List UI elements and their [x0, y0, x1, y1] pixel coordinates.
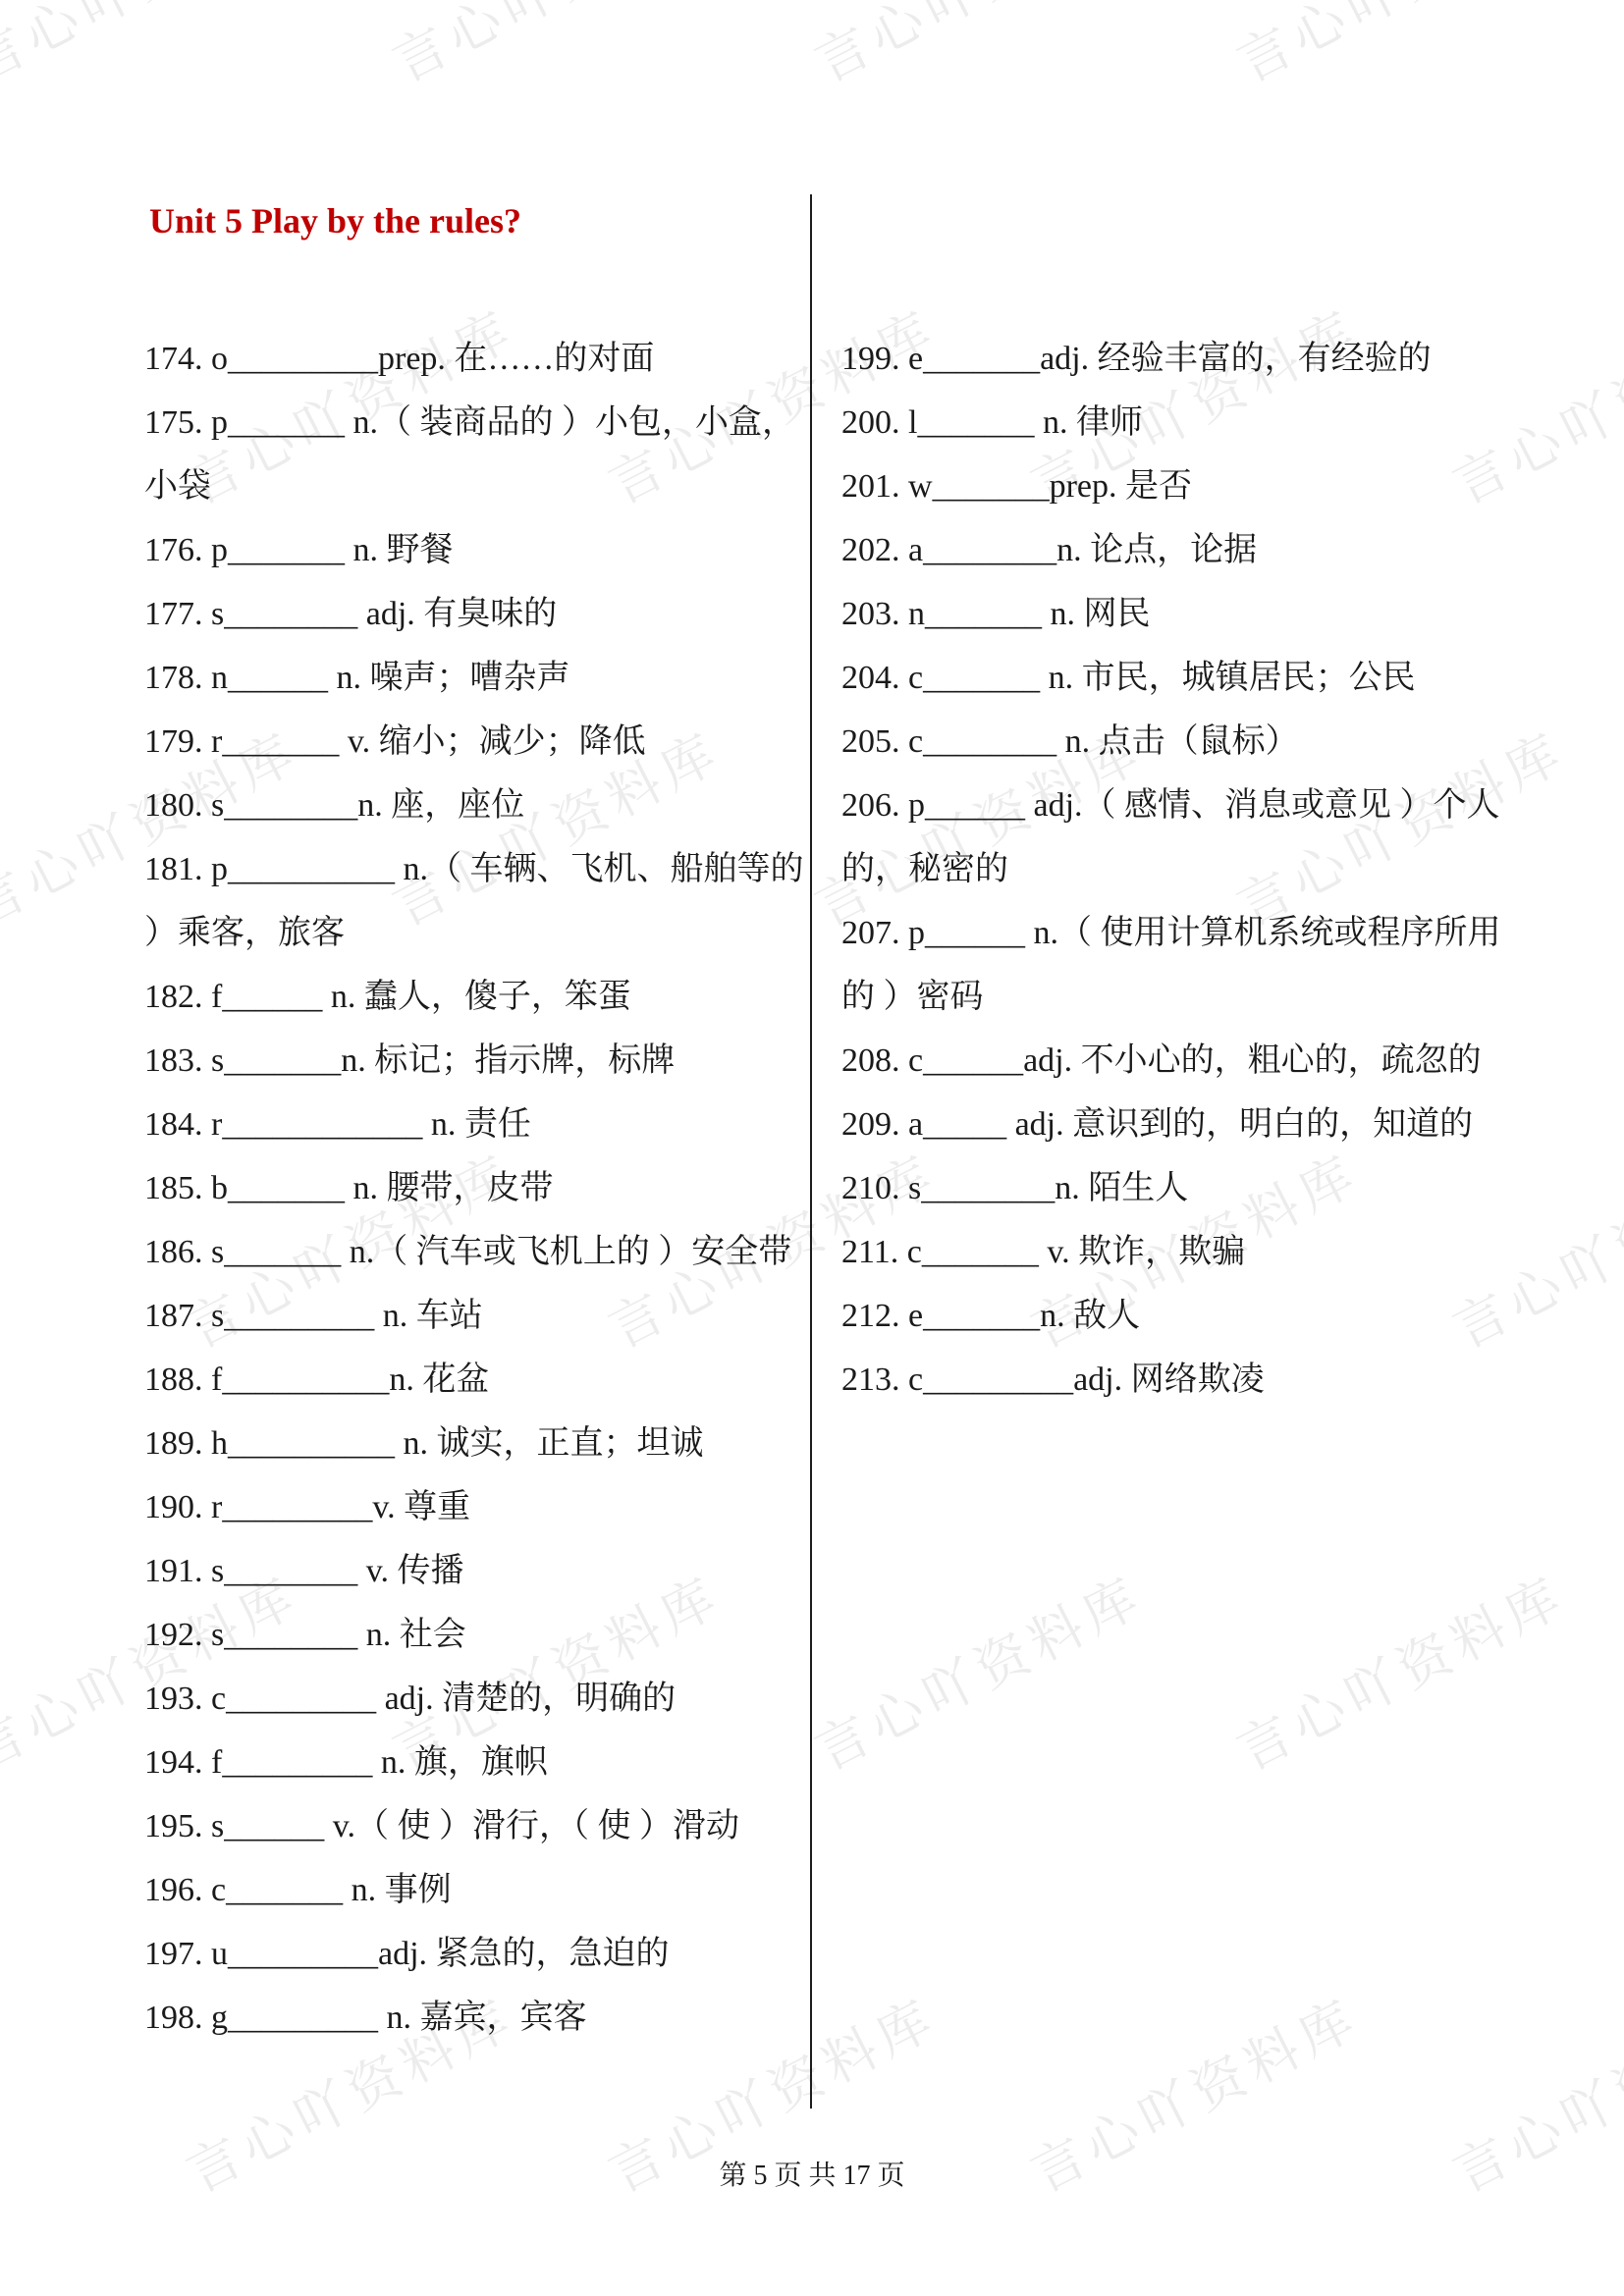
item-definition: n. 嘉宾，宾客	[378, 2000, 587, 2036]
item-definition: n. 腰带，皮带	[345, 1170, 554, 1206]
answer-blank: ______	[222, 979, 322, 1015]
item-number-and-letter: 185. b	[144, 1170, 228, 1206]
answer-blank: _________	[228, 341, 378, 377]
item-definition: adj. 经验丰富的，有经验的	[1040, 341, 1432, 377]
vocab-item: 177. s________ adj. 有臭味的	[144, 582, 804, 646]
answer-blank: ________	[224, 596, 357, 632]
vocab-item: 207. p______ n.（ 使用计算机系统或程序所用的 ）密码	[841, 901, 1501, 1029]
item-definition: adj. 有臭味的	[357, 596, 557, 632]
item-number-and-letter: 206. p	[841, 787, 925, 824]
vocab-item: 201. w_______prep. 是否	[841, 454, 1501, 518]
vocab-item: 186. s_______ n.（ 汽车或飞机上的 ）安全带	[144, 1220, 804, 1284]
item-number-and-letter: 202. a	[841, 532, 923, 568]
item-number-and-letter: 192. s	[144, 1617, 224, 1653]
vocab-item: 190. r_________v. 尊重	[144, 1475, 804, 1539]
vocab-item: 179. r_______ v. 缩小；减少；降低	[144, 710, 804, 774]
item-definition: n. 点击（鼠标）	[1056, 723, 1299, 760]
answer-blank: ________	[921, 1170, 1055, 1206]
vocab-item: 211. c_______ v. 欺诈，欺骗	[841, 1220, 1501, 1284]
item-definition: v. 尊重	[372, 1489, 470, 1525]
answer-blank: _________	[226, 1681, 376, 1717]
vocab-item: 194. f_________ n. 旗，旗帜	[144, 1731, 804, 1794]
vocab-item: 176. p_______ n. 野餐	[144, 518, 804, 582]
answer-blank: ______	[228, 660, 328, 696]
answer-blank: _______	[228, 1170, 345, 1206]
vocab-item: 204. c_______ n. 市民，城镇居民；公民	[841, 646, 1501, 710]
item-definition: n. 标记；指示牌，标牌	[341, 1042, 675, 1079]
item-number-and-letter: 196. c	[144, 1872, 226, 1908]
item-number-and-letter: 197. u	[144, 1936, 228, 1972]
answer-blank: _______	[222, 723, 339, 760]
vocab-item: 174. o_________prep. 在……的对面	[144, 327, 804, 391]
item-number-and-letter: 205. c	[841, 723, 923, 760]
item-number-and-letter: 175. p	[144, 404, 228, 441]
item-number-and-letter: 208. c	[841, 1042, 923, 1079]
item-definition: n. 市民，城镇居民；公民	[1040, 660, 1416, 696]
vocab-item: 203. n_______ n. 网民	[841, 582, 1501, 646]
answer-blank: _________	[222, 1489, 372, 1525]
column-divider	[810, 194, 812, 2109]
item-number-and-letter: 189. h	[144, 1425, 228, 1462]
vocab-item: 189. h__________ n. 诚实，正直；坦诚	[144, 1412, 804, 1475]
item-number-and-letter: 178. n	[144, 660, 228, 696]
answer-blank: ________	[923, 532, 1056, 568]
item-number-and-letter: 176. p	[144, 532, 228, 568]
answer-blank: ________	[923, 723, 1056, 760]
worksheet-page: 言心吖资料库言心吖资料库言心吖资料库言心吖资料库言心吖资料库言心吖资料库言心吖资…	[0, 0, 1624, 2296]
vocab-item: 182. f______ n. 蠢人，傻子，笨蛋	[144, 965, 804, 1029]
item-definition: n. 花盆	[389, 1362, 489, 1398]
vocab-item: 206. p______ adj.（ 感情、消息或意见 ）个人的，秘密的	[841, 774, 1501, 901]
unit-title: Unit 5 Play by the rules?	[149, 199, 521, 242]
answer-blank: _______	[923, 341, 1040, 377]
item-definition: n. 车站	[374, 1298, 483, 1334]
item-definition: v. 缩小；减少；降低	[339, 723, 645, 760]
vocab-item: 181. p__________ n.（ 车辆、飞机、船舶等的 ）乘客，旅客	[144, 837, 804, 965]
page-footer: 第 5 页 共 17 页	[0, 2160, 1624, 2193]
item-number-and-letter: 200. l	[841, 404, 917, 441]
vocab-column-left: 174. o_________prep. 在……的对面175. p_______…	[144, 327, 804, 2050]
vocab-item: 175. p_______ n.（ 装商品的 ）小包，小盒，小袋	[144, 391, 804, 518]
vocab-item: 200. l_______ n. 律师	[841, 391, 1501, 454]
item-definition: n. 论点，论据	[1056, 532, 1257, 568]
vocab-item: 195. s______ v.（ 使 ）滑行，（ 使 ）滑动	[144, 1794, 804, 1858]
answer-blank: _________	[923, 1362, 1073, 1398]
answer-blank: _______	[224, 1234, 341, 1270]
vocab-item: 192. s________ n. 社会	[144, 1603, 804, 1667]
answer-blank: _______	[925, 596, 1042, 632]
answer-blank: __________	[222, 1362, 389, 1398]
answer-blank: __________	[228, 1425, 395, 1462]
answer-blank: ______	[925, 915, 1025, 951]
answer-blank: ________	[224, 1553, 357, 1589]
item-definition: prep. 在……的对面	[378, 341, 654, 377]
item-number-and-letter: 207. p	[841, 915, 925, 951]
vocab-item: 213. c_________adj. 网络欺凌	[841, 1348, 1501, 1412]
answer-blank: _________	[228, 1936, 378, 1972]
vocab-item: 187. s_________ n. 车站	[144, 1284, 804, 1348]
answer-blank: ________	[224, 787, 357, 824]
vocab-item: 198. g_________ n. 嘉宾，宾客	[144, 1986, 804, 2050]
item-definition: n. 敌人	[1040, 1298, 1140, 1334]
item-number-and-letter: 210. s	[841, 1170, 921, 1206]
vocab-item: 185. b_______ n. 腰带，皮带	[144, 1156, 804, 1220]
vocab-item: 191. s________ v. 传播	[144, 1539, 804, 1603]
item-definition: n. 噪声；嘈杂声	[328, 660, 570, 696]
answer-blank: ________	[224, 1617, 357, 1653]
item-number-and-letter: 209. a	[841, 1106, 923, 1143]
item-definition: adj. 网络欺凌	[1073, 1362, 1265, 1398]
vocab-item: 180. s________n. 座，座位	[144, 774, 804, 837]
vocab-item: 199. e_______adj. 经验丰富的，有经验的	[841, 327, 1501, 391]
answer-blank: _____	[923, 1106, 1006, 1143]
item-definition: n. 社会	[357, 1617, 466, 1653]
item-number-and-letter: 180. s	[144, 787, 224, 824]
item-number-and-letter: 187. s	[144, 1298, 224, 1334]
item-definition: n. 责任	[422, 1106, 531, 1143]
item-definition: v.（ 使 ）滑行，（ 使 ）滑动	[324, 1808, 739, 1844]
vocab-item: 209. a_____ adj. 意识到的，明白的，知道的	[841, 1093, 1501, 1156]
item-definition: adj. 意识到的，明白的，知道的	[1006, 1106, 1473, 1143]
vocab-item: 178. n______ n. 噪声；嘈杂声	[144, 646, 804, 710]
vocab-item: 212. e_______n. 敌人	[841, 1284, 1501, 1348]
vocab-item: 196. c_______ n. 事例	[144, 1858, 804, 1922]
item-number-and-letter: 188. f	[144, 1362, 222, 1398]
item-number-and-letter: 179. r	[144, 723, 222, 760]
item-definition: v. 欺诈，欺骗	[1039, 1234, 1245, 1270]
vocab-item: 208. c______adj. 不小心的，粗心的，疏忽的	[841, 1029, 1501, 1093]
page-content: Unit 5 Play by the rules? 174. o________…	[0, 0, 1624, 2296]
answer-blank: _______	[226, 1872, 343, 1908]
item-number-and-letter: 195. s	[144, 1808, 224, 1844]
answer-blank: _________	[228, 2000, 378, 2036]
item-definition: n. 陌生人	[1055, 1170, 1188, 1206]
item-number-and-letter: 190. r	[144, 1489, 222, 1525]
item-number-and-letter: 174. o	[144, 341, 228, 377]
item-definition: n. 网民	[1042, 596, 1151, 632]
item-number-and-letter: 212. e	[841, 1298, 923, 1334]
item-definition: n. 野餐	[345, 532, 454, 568]
answer-blank: _________	[222, 1744, 372, 1781]
vocab-item: 197. u_________adj. 紧急的，急迫的	[144, 1922, 804, 1986]
vocab-item: 188. f__________n. 花盆	[144, 1348, 804, 1412]
item-number-and-letter: 211. c	[841, 1234, 922, 1270]
answer-blank: __________	[228, 851, 395, 887]
item-number-and-letter: 198. g	[144, 2000, 228, 2036]
item-definition: n. 事例	[343, 1872, 452, 1908]
item-definition: adj. 清楚的，明确的	[376, 1681, 676, 1717]
answer-blank: _______	[228, 532, 345, 568]
vocab-item: 205. c________ n. 点击（鼠标）	[841, 710, 1501, 774]
answer-blank: _______	[228, 404, 345, 441]
item-number-and-letter: 191. s	[144, 1553, 224, 1589]
answer-blank: ______	[923, 1042, 1023, 1079]
item-number-and-letter: 183. s	[144, 1042, 224, 1079]
item-number-and-letter: 193. c	[144, 1681, 226, 1717]
item-number-and-letter: 203. n	[841, 596, 925, 632]
answer-blank: _______	[224, 1042, 341, 1079]
item-definition: n. 旗，旗帜	[372, 1744, 548, 1781]
item-definition: adj. 不小心的，粗心的，疏忽的	[1023, 1042, 1482, 1079]
item-number-and-letter: 177. s	[144, 596, 224, 632]
item-number-and-letter: 204. c	[841, 660, 923, 696]
vocab-item: 193. c_________ adj. 清楚的，明确的	[144, 1667, 804, 1731]
answer-blank: _______	[933, 468, 1050, 505]
vocab-item: 210. s________n. 陌生人	[841, 1156, 1501, 1220]
item-definition: adj. 紧急的，急迫的	[378, 1936, 670, 1972]
answer-blank: _______	[917, 404, 1034, 441]
item-number-and-letter: 181. p	[144, 851, 228, 887]
item-definition: n.（ 汽车或飞机上的 ）安全带	[341, 1234, 791, 1270]
item-number-and-letter: 194. f	[144, 1744, 222, 1781]
item-definition: n. 座，座位	[357, 787, 524, 824]
item-definition: n. 律师	[1034, 404, 1143, 441]
answer-blank: _________	[224, 1298, 374, 1334]
answer-blank: _______	[923, 1298, 1040, 1334]
item-definition: n. 诚实，正直；坦诚	[395, 1425, 704, 1462]
item-number-and-letter: 184. r	[144, 1106, 222, 1143]
answer-blank: _______	[923, 660, 1040, 696]
answer-blank: ____________	[222, 1106, 422, 1143]
answer-blank: ______	[224, 1808, 324, 1844]
item-number-and-letter: 199. e	[841, 341, 923, 377]
item-definition: prep. 是否	[1050, 468, 1192, 505]
item-definition: n. 蠢人，傻子，笨蛋	[322, 979, 631, 1015]
item-number-and-letter: 201. w	[841, 468, 933, 505]
item-definition: v. 传播	[357, 1553, 463, 1589]
answer-blank: _______	[922, 1234, 1039, 1270]
item-number-and-letter: 213. c	[841, 1362, 923, 1398]
item-number-and-letter: 182. f	[144, 979, 222, 1015]
vocab-item: 184. r____________ n. 责任	[144, 1093, 804, 1156]
vocab-item: 183. s_______n. 标记；指示牌，标牌	[144, 1029, 804, 1093]
vocab-item: 202. a________n. 论点，论据	[841, 518, 1501, 582]
vocab-column-right: 199. e_______adj. 经验丰富的，有经验的200. l______…	[841, 327, 1501, 1412]
item-number-and-letter: 186. s	[144, 1234, 224, 1270]
answer-blank: ______	[925, 787, 1025, 824]
